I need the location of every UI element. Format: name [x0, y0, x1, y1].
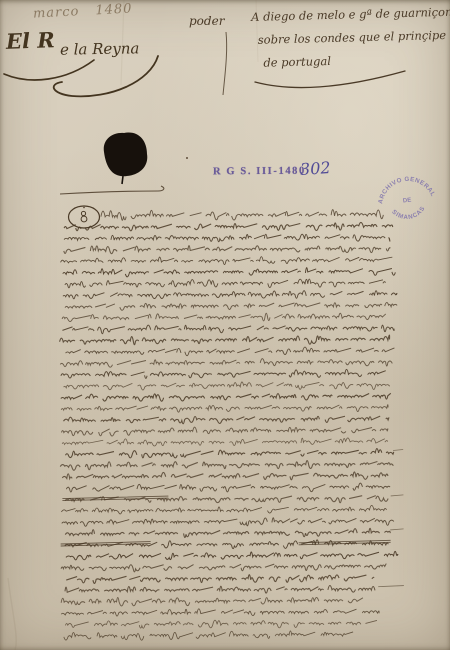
manuscript-line	[66, 574, 374, 583]
manuscript-line	[64, 234, 390, 243]
manuscript-line	[64, 381, 390, 391]
wax-seal-tail	[122, 176, 123, 184]
manuscript-line	[64, 244, 390, 254]
manuscript-line	[60, 460, 393, 470]
manuscript-line	[65, 585, 375, 594]
mark-dot	[83, 207, 85, 209]
manuscript-line	[65, 528, 390, 538]
circled-paragraph-mark	[69, 206, 100, 228]
manuscript-line	[62, 471, 388, 481]
manuscript-line	[66, 551, 398, 560]
manuscript-line	[61, 426, 387, 436]
mark-circle	[69, 206, 100, 228]
manuscript-line	[60, 335, 390, 345]
mark-glyph	[81, 211, 85, 215]
manuscript-line	[62, 313, 386, 322]
archive-stamp-arc-bottom: SIMANCAS	[390, 204, 428, 223]
archive-stamp-arc-bottom-text: SIMANCAS	[390, 204, 428, 223]
crease-line	[121, 0, 124, 85]
poder-descender-stroke	[223, 32, 227, 95]
crease-line	[8, 578, 16, 650]
summary-underline-swash	[255, 71, 405, 88]
manuscript-line	[66, 483, 390, 493]
line-filler-rule	[391, 495, 404, 496]
manuscript-line	[61, 596, 363, 606]
line-filler-rule	[390, 529, 403, 530]
manuscript-line	[65, 448, 393, 458]
manuscript-line	[65, 279, 386, 289]
paper-crease-lines	[8, 0, 258, 650]
mark-glyph	[81, 216, 87, 222]
manuscript-line	[63, 267, 396, 277]
manuscript-line	[64, 631, 353, 641]
manuscript-line	[60, 358, 392, 368]
archive-round-stamp: ARCHIVO GENERAL DE SIMANCAS	[374, 172, 440, 225]
manuscript-body	[59, 209, 404, 641]
line-filler-rule	[393, 449, 403, 450]
wax-seal	[104, 132, 188, 184]
manuscript-line	[101, 209, 383, 221]
manuscript-line	[66, 347, 395, 357]
flourish-swash	[4, 60, 94, 80]
pen-rule-stroke	[60, 186, 164, 194]
ink-artwork-layer: ARCHIVO GENERAL DE SIMANCAS	[0, 0, 450, 650]
manuscript-line	[61, 256, 393, 266]
ink-speck	[186, 157, 188, 159]
manuscript-line	[63, 415, 388, 424]
manuscript-line	[65, 619, 377, 629]
manuscript-line	[61, 369, 386, 379]
manuscript-line	[64, 222, 393, 232]
manuscript-line	[65, 302, 397, 310]
manuscript-line	[61, 608, 379, 617]
signature-flourishes	[4, 56, 158, 96]
manuscript-line	[62, 438, 388, 447]
manuscript-line	[61, 505, 386, 514]
manuscript-line	[61, 393, 391, 402]
archive-stamp-middle-text: DE	[403, 197, 412, 204]
manuscript-line	[61, 405, 388, 414]
wax-seal-blob	[104, 132, 148, 176]
strikethrough-stroke	[62, 496, 168, 501]
flourish-swash	[54, 56, 158, 96]
manuscript-line	[63, 290, 397, 299]
line-filler-rule	[378, 586, 404, 587]
manuscript-scan: marco1480 El R e la Reyna poder A diego …	[0, 0, 450, 650]
crease-line	[256, 0, 258, 62]
manuscript-line	[62, 324, 394, 334]
manuscript-line	[62, 517, 394, 527]
manuscript-line	[61, 563, 386, 572]
